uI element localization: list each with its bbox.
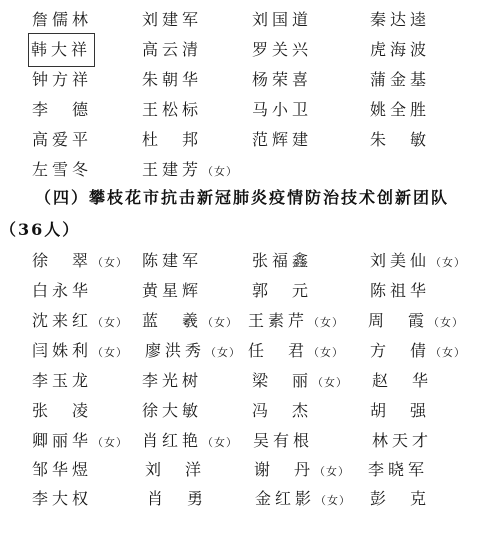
name-female: 周 霞（女） <box>368 306 464 338</box>
name: 林天才 <box>372 426 432 456</box>
name: 姚全胜 <box>370 95 430 125</box>
name: 邹华煜 <box>32 455 92 485</box>
name-row: 韩大祥 高云清 罗关兴 虎海波 <box>0 35 500 65</box>
name-female: 王素芹（女） <box>248 306 344 338</box>
name-row: 李玉龙 李光树 梁 丽（女） 赵 华 <box>0 366 500 396</box>
name-female: 蓝 羲（女） <box>142 306 238 338</box>
name-row: 白永华 黄星辉 郭 元 陈祖华 <box>0 276 500 306</box>
name: 李光树 <box>142 366 202 396</box>
name: 刘建军 <box>142 5 202 35</box>
name-row: 詹儒林 刘建军 刘国道 秦达逵 <box>0 5 500 35</box>
name-row: 李 德 王松标 马小卫 姚全胜 <box>0 95 500 125</box>
name: 张 凌 <box>32 396 92 426</box>
name: 李 德 <box>32 95 92 125</box>
name-female: 卿丽华（女） <box>32 426 128 458</box>
name-female: 肖红艳（女） <box>142 426 238 458</box>
name: 李大权 <box>32 484 92 514</box>
name: 杜 邦 <box>142 125 202 155</box>
name: 李晓军 <box>368 455 428 485</box>
name-row: 闫姝利（女） 廖洪秀（女） 任 君（女） 方 倩（女） <box>0 336 500 366</box>
name-female: 谢 丹（女） <box>254 455 350 487</box>
name-female: 廖洪秀（女） <box>145 336 241 368</box>
name-female: 方 倩（女） <box>370 336 466 368</box>
name: 朱朝华 <box>142 65 202 95</box>
name: 秦达逵 <box>370 5 430 35</box>
name: 蒲金基 <box>370 65 430 95</box>
name: 赵 华 <box>372 366 432 396</box>
name: 张福鑫 <box>252 246 312 276</box>
name: 白永华 <box>32 276 92 306</box>
name: 冯 杰 <box>252 396 312 426</box>
name-row: 邹华煜 刘 洋 谢 丹（女） 李晓军 <box>0 455 500 485</box>
name: 刘 洋 <box>145 455 205 485</box>
name-female: 梁 丽（女） <box>252 366 348 398</box>
name-row: 沈来红（女） 蓝 羲（女） 王素芹（女） 周 霞（女） <box>0 306 500 336</box>
name-row: 徐 翠（女） 陈建军 张福鑫 刘美仙（女） <box>0 246 500 276</box>
section-count: （36人） <box>0 215 80 245</box>
name: 徐大敏 <box>142 396 202 426</box>
name: 吴有根 <box>253 426 313 456</box>
name: 彭 克 <box>370 484 430 514</box>
name: 杨荣喜 <box>252 65 312 95</box>
name: 郭 元 <box>252 276 312 306</box>
section-heading: （四）攀枝花市抗击新冠肺炎疫情防治技术创新团队 <box>35 183 449 213</box>
name: 罗关兴 <box>252 35 312 65</box>
name-row: 李大权 肖 勇 金红影（女） 彭 克 <box>0 484 500 514</box>
name-female: 徐 翠（女） <box>32 246 128 278</box>
name-female: 任 君（女） <box>248 336 344 368</box>
name-row: 钟方祥 朱朝华 杨荣喜 蒲金基 <box>0 65 500 95</box>
name: 朱 敏 <box>370 125 430 155</box>
name-female: 金红影（女） <box>255 484 351 516</box>
name: 黄星辉 <box>142 276 202 306</box>
name-row: 张 凌 徐大敏 冯 杰 胡 强 <box>0 396 500 426</box>
name-row: 高爱平 杜 邦 范辉建 朱 敏 <box>0 125 500 155</box>
name-female: 闫姝利（女） <box>32 336 128 368</box>
name: 马小卫 <box>252 95 312 125</box>
name: 王松标 <box>142 95 202 125</box>
name: 高爱平 <box>32 125 92 155</box>
name: 胡 强 <box>370 396 430 426</box>
female-mark: （女） <box>202 165 238 178</box>
name: 陈祖华 <box>370 276 430 306</box>
name: 李玉龙 <box>32 366 92 396</box>
name: 詹儒林 <box>32 5 92 35</box>
name: 范辉建 <box>252 125 312 155</box>
name: 高云清 <box>142 35 202 65</box>
name-row: 卿丽华（女） 肖红艳（女） 吴有根 林天才 <box>0 426 500 456</box>
highlighted-name[interactable]: 韩大祥 <box>30 35 93 65</box>
name-female: 沈来红（女） <box>32 306 128 338</box>
name: 虎海波 <box>370 35 430 65</box>
name: 肖 勇 <box>147 484 207 514</box>
name-row: 左雪冬 王建芳（女） <box>0 155 500 185</box>
name: 钟方祥 <box>32 65 92 95</box>
name: 刘国道 <box>252 5 312 35</box>
name: 左雪冬 <box>32 155 92 185</box>
name: 陈建军 <box>142 246 202 276</box>
name-female: 刘美仙（女） <box>370 246 466 278</box>
